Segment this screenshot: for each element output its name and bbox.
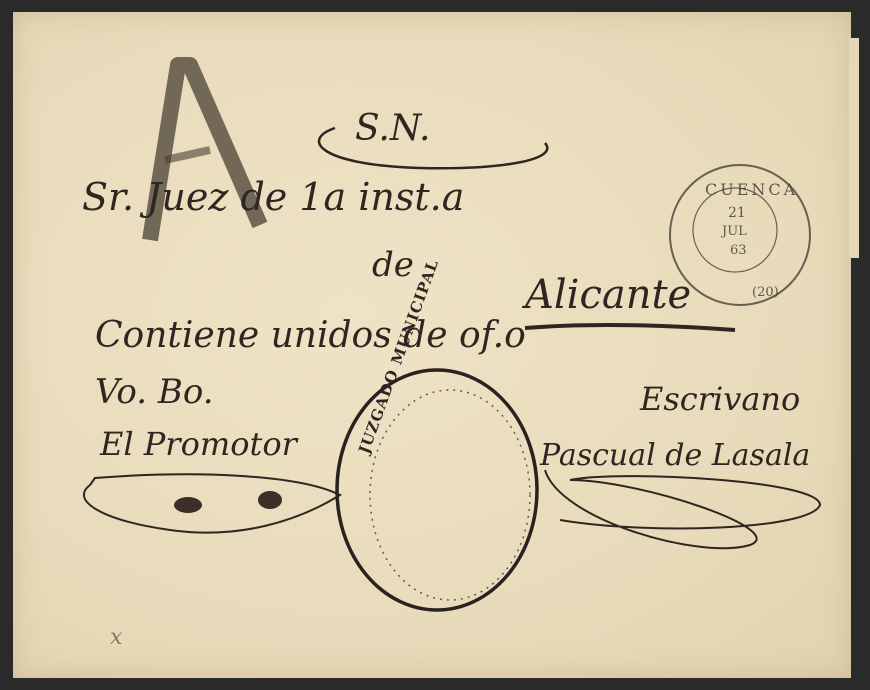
pencil-mark: x — [110, 625, 122, 650]
postmark-town: CUENCA — [705, 180, 798, 199]
postmark-bottom: (20) — [752, 285, 779, 300]
postmark-month: JUL — [722, 224, 747, 239]
approval-mark: Vo. Bo. — [95, 372, 214, 412]
destination: Alicante — [525, 272, 691, 318]
signature-right-title: Escrivano — [640, 380, 800, 418]
addressee-line1: Sr. Juez de 1a inst.a — [82, 175, 464, 219]
header-mark: S.N. — [355, 108, 430, 149]
postmark-year: 63 — [730, 243, 747, 258]
note-line: Contiene unidos de of.o — [95, 315, 526, 356]
postmark-day: 21 — [728, 205, 746, 221]
addressee-line2: de — [372, 245, 414, 285]
signature-left: El Promotor — [100, 425, 297, 463]
signature-right-name: Pascual de Lasala — [540, 438, 810, 473]
